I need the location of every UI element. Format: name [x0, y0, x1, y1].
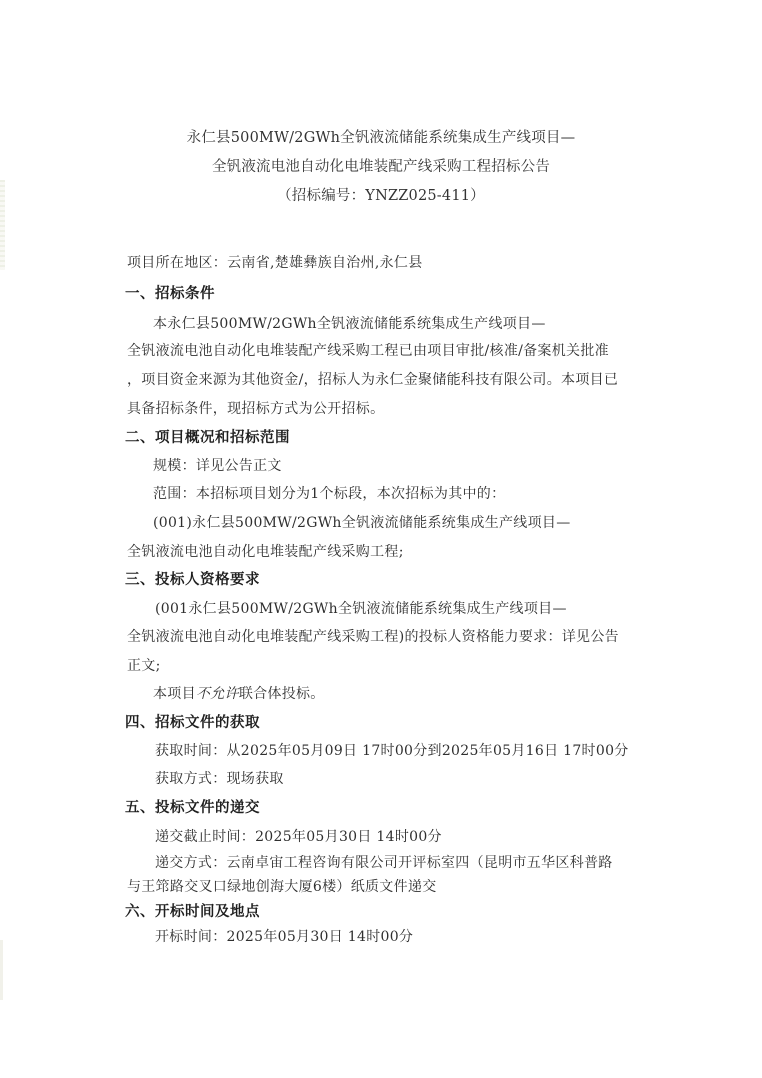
scan-artifact [0, 940, 3, 1000]
text-segment: 联合体投标。 [239, 686, 325, 702]
paragraph-line: 全钒液流电池自动化电堆装配产线采购工程已由项目审批/核准/备案机关批准 [127, 340, 609, 360]
project-region: 项目所在地区：云南省,楚雄彝族自治州,永仁县 [127, 252, 423, 272]
text-segment: 本项目 [153, 686, 196, 702]
paragraph-line: 与王筇路交叉口绿地创海大厦6楼）纸质文件递交 [127, 876, 437, 896]
paragraph-line: 规模：详见公告正文 [153, 455, 282, 475]
title-line-2: 全钒液流电池自动化电堆装配产线采购工程招标公告 [0, 155, 762, 176]
section-heading-1: 一、招标条件 [125, 282, 215, 303]
paragraph-line: 递交截止时间：2025年05月30日 14时00分 [155, 826, 442, 846]
paragraph-line: 递交方式：云南卓宙工程咨询有限公司开评标室四（昆明市五华区科普路 [155, 852, 613, 872]
section-heading-3: 三、投标人资格要求 [125, 568, 260, 589]
section-heading-6: 六、开标时间及地点 [125, 900, 260, 921]
bid-code: （招标编号：YNZZ025-411） [0, 184, 762, 205]
title-line-1: 永仁县500MW/2GWh全钒液流储能系统集成生产线项目— [0, 126, 762, 147]
paragraph-line: 具备招标条件，现招标方式为公开招标。 [127, 398, 384, 418]
section-heading-5: 五、投标文件的递交 [125, 796, 260, 817]
paragraph-line: 正文; [127, 655, 161, 675]
paragraph-line: 开标时间：2025年05月30日 14时00分 [155, 926, 413, 946]
paragraph-line: 范围：本招标项目划分为1个标段，本次招标为其中的： [153, 483, 505, 503]
section-heading-4: 四、招标文件的获取 [125, 711, 260, 732]
paragraph-line: 本永仁县500MW/2GWh全钒液流储能系统集成生产线项目— [153, 313, 546, 333]
paragraph-line: 全钒液流电池自动化电堆装配产线采购工程; [127, 541, 404, 561]
paragraph-line: 本项目不允许联合体投标。 [153, 683, 325, 703]
section-heading-2: 二、项目概况和招标范围 [125, 426, 290, 447]
emphasis-text: 不允许 [196, 686, 239, 702]
paragraph-line: 全钒液流电池自动化电堆装配产线采购工程)的投标人资格能力要求：详见公告 [127, 626, 619, 646]
paragraph-line: 获取时间：从2025年05月09日 17时00分到2025年05月16日 17时… [155, 740, 629, 760]
paragraph-line: ，项目资金来源为其他资金/，招标人为永仁金聚储能科技有限公司。本项目已 [127, 369, 618, 389]
paragraph-line: (001永仁县500MW/2GWh全钒液流储能系统集成生产线项目— [155, 598, 567, 618]
paragraph-line: 获取方式：现场获取 [155, 768, 284, 788]
paragraph-line: (001)永仁县500MW/2GWh全钒液流储能系统集成生产线项目— [153, 512, 571, 532]
